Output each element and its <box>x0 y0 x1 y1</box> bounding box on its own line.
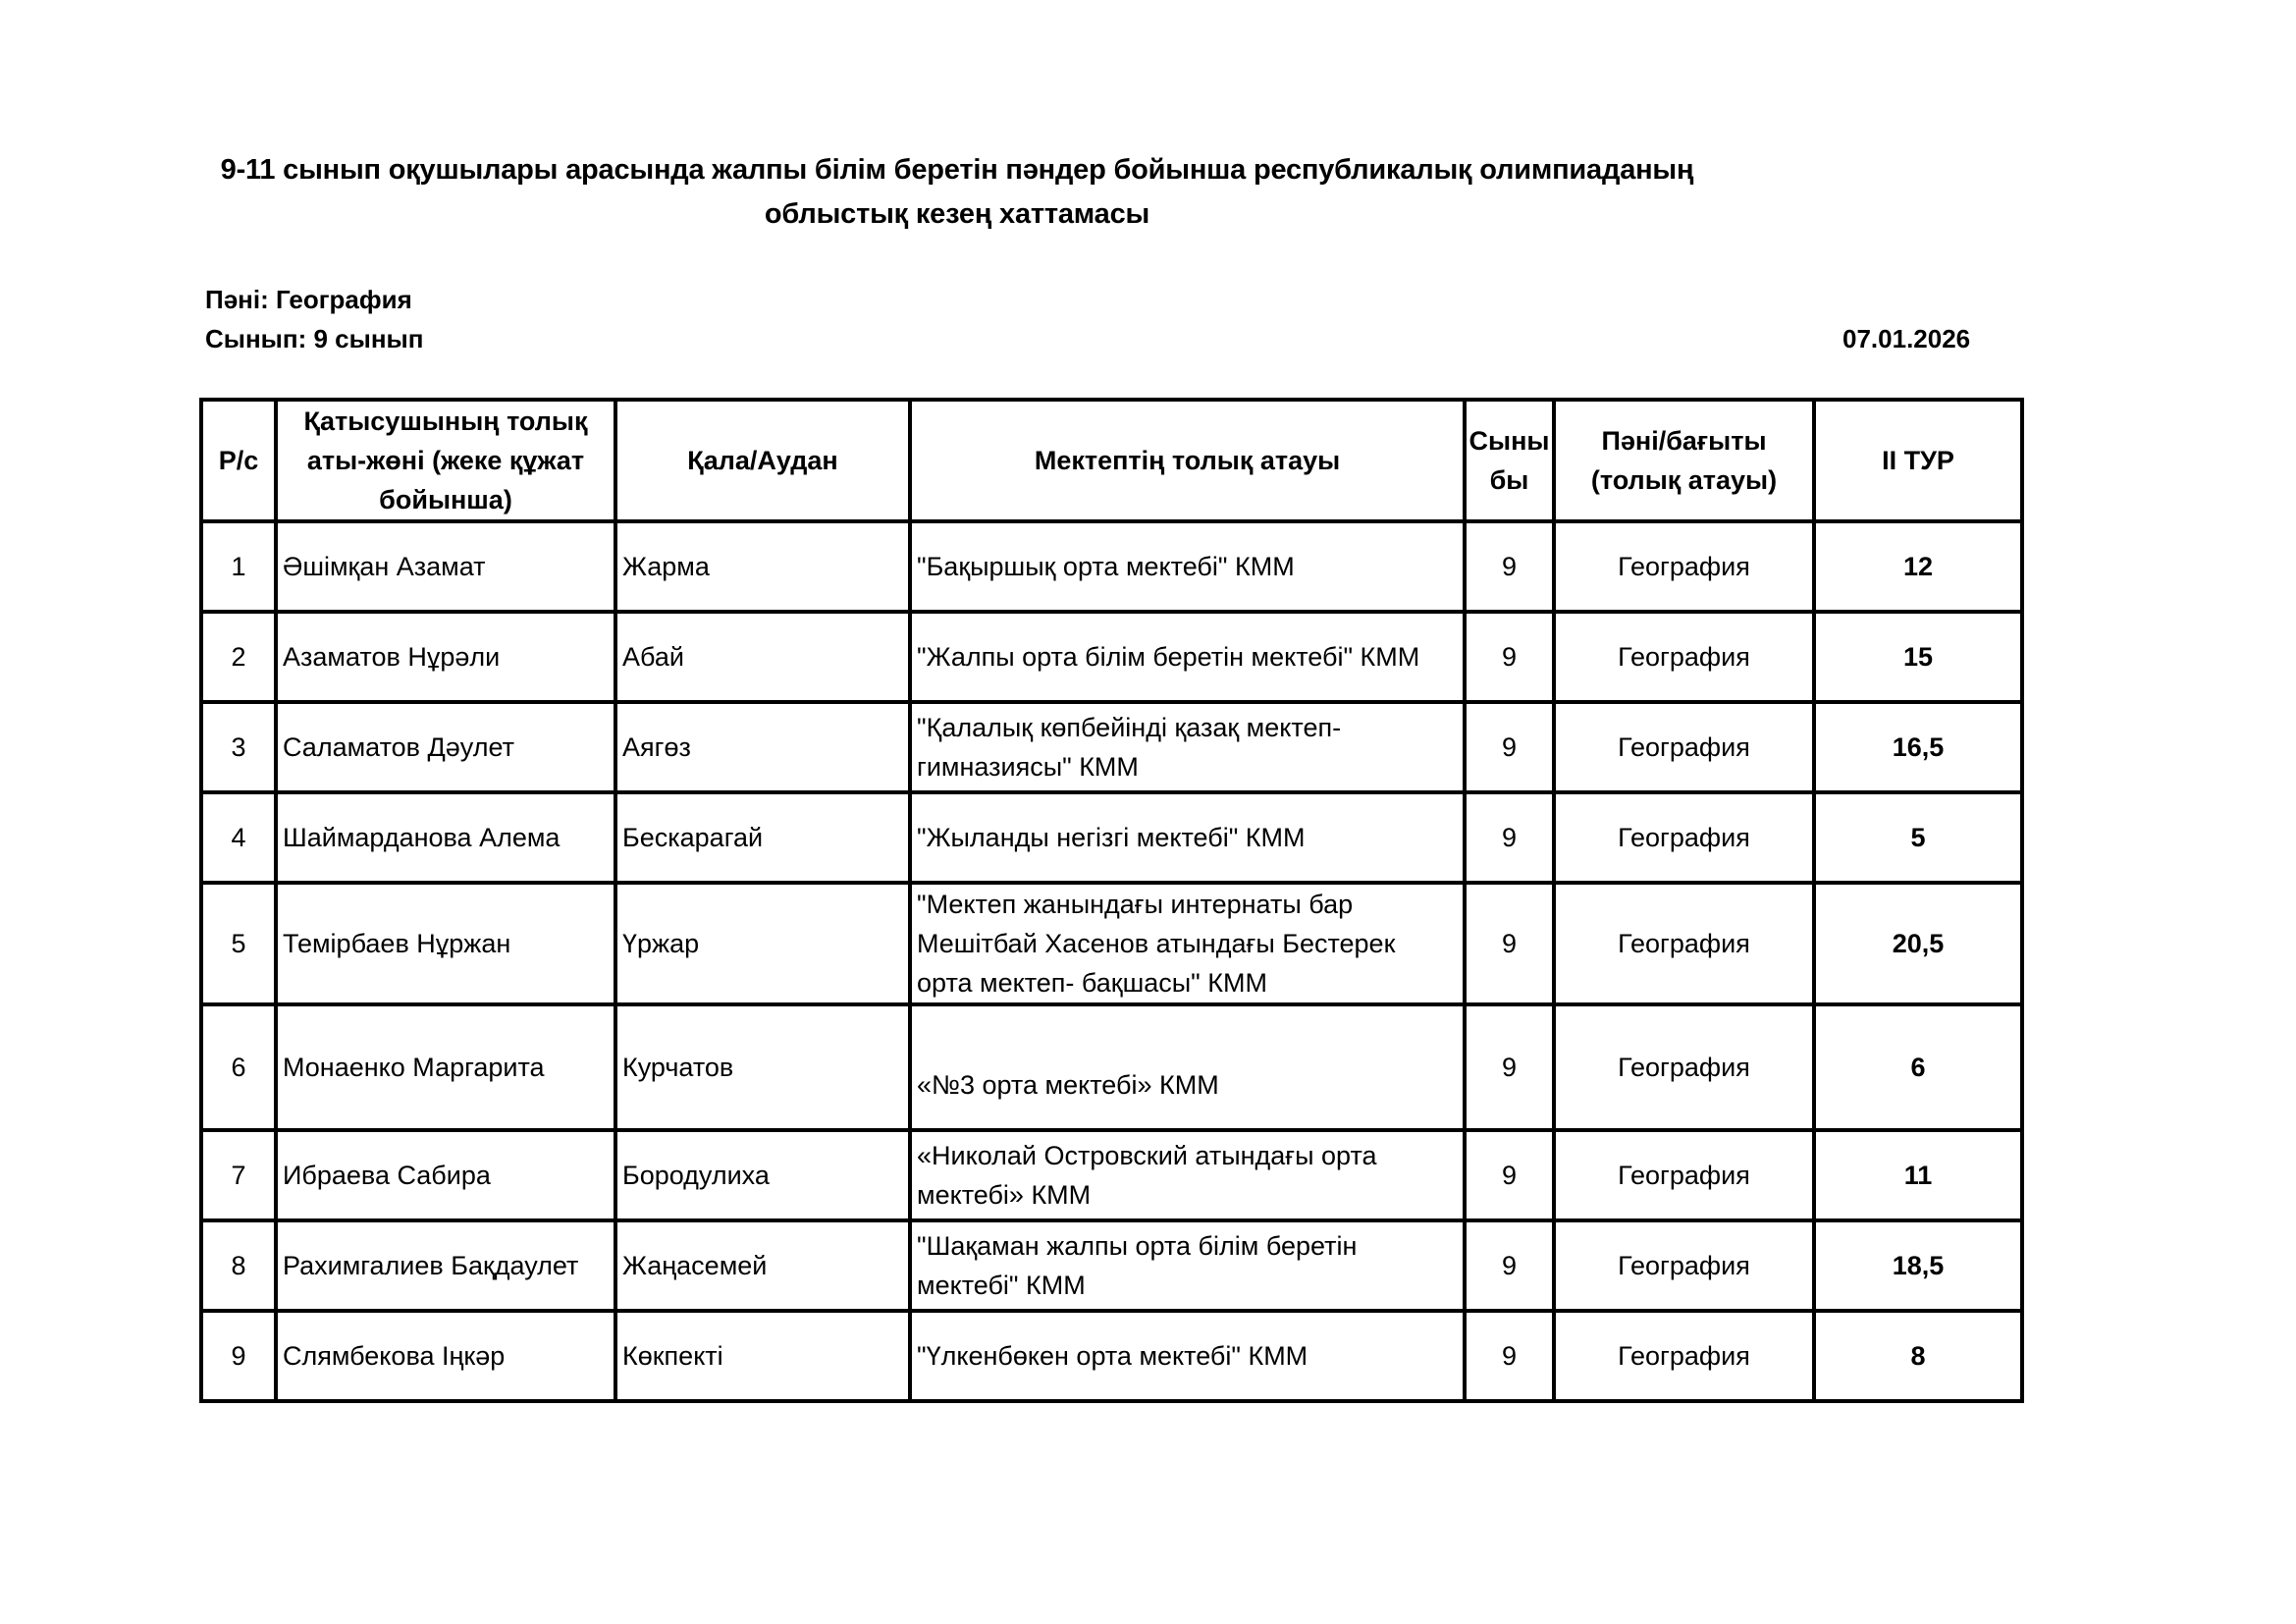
document-title-line-2: облыстық кезең хаттамасы <box>142 198 1772 231</box>
round-2-score: 8 <box>1814 1311 2022 1401</box>
grade: 9 <box>1465 1130 1554 1220</box>
grade: 9 <box>1465 521 1554 612</box>
round-2-score: 11 <box>1814 1130 2022 1220</box>
document-date: 07.01.2026 <box>1842 324 1970 354</box>
row-number: 1 <box>201 521 276 612</box>
round-2-score: 12 <box>1814 521 2022 612</box>
header-grade: Сыныбы <box>1465 400 1554 521</box>
table-row: 1 Әшімқан Азамат Жарма "Бақыршық орта ме… <box>201 521 2022 612</box>
participant-name: Темірбаев Нұржан <box>276 883 615 1004</box>
header-district: Қала/Аудан <box>615 400 910 521</box>
school-name: «№3 орта мектебі» КММ <box>910 1004 1465 1130</box>
row-number: 8 <box>201 1220 276 1311</box>
participant-name: Саламатов Дәулет <box>276 702 615 792</box>
table-header-row: Р/с Қатысушының толық аты-жөні (жеке құж… <box>201 400 2022 521</box>
participant-name: Рахимгалиев Бақдаулет <box>276 1220 615 1311</box>
district: Бескарагай <box>615 792 910 883</box>
subject: География <box>1554 792 1814 883</box>
round-2-score: 18,5 <box>1814 1220 2022 1311</box>
participant-name: Әшімқан Азамат <box>276 521 615 612</box>
row-number: 4 <box>201 792 276 883</box>
row-number: 5 <box>201 883 276 1004</box>
subject-line: Пәні: География <box>205 285 412 315</box>
table-row: 2 Азаматов Нұрәли Абай "Жалпы орта білім… <box>201 612 2022 702</box>
header-full-name: Қатысушының толық аты-жөні (жеке құжат б… <box>276 400 615 521</box>
table-row: 8 Рахимгалиев Бақдаулет Жаңасемей "Шақам… <box>201 1220 2022 1311</box>
district: Бородулиха <box>615 1130 910 1220</box>
table-row: 5 Темірбаев Нұржан Үржар "Мектеп жанында… <box>201 883 2022 1004</box>
round-2-score: 15 <box>1814 612 2022 702</box>
row-number: 7 <box>201 1130 276 1220</box>
grade: 9 <box>1465 1004 1554 1130</box>
school-name: "Үлкенбөкен орта мектебі" КММ <box>910 1311 1465 1401</box>
table-row: 4 Шаймарданова Алема Бескарагай "Жыланды… <box>201 792 2022 883</box>
table-row: 3 Саламатов Дәулет Аягөз "Қалалық көпбей… <box>201 702 2022 792</box>
district: Абай <box>615 612 910 702</box>
participant-name: Шаймарданова Алема <box>276 792 615 883</box>
row-number: 3 <box>201 702 276 792</box>
district: Курчатов <box>615 1004 910 1130</box>
school-name: "Шақаман жалпы орта білім беретін мектеб… <box>910 1220 1465 1311</box>
table-row: 7 Ибраева Сабира Бородулиха «Николай Ост… <box>201 1130 2022 1220</box>
subject: География <box>1554 1004 1814 1130</box>
subject: География <box>1554 702 1814 792</box>
school-name: "Мектеп жанындағы интернаты бар Мешітбай… <box>910 883 1465 1004</box>
subject: География <box>1554 1311 1814 1401</box>
row-number: 6 <box>201 1004 276 1130</box>
round-2-score: 5 <box>1814 792 2022 883</box>
subject: География <box>1554 883 1814 1004</box>
row-number: 9 <box>201 1311 276 1401</box>
participant-name: Монаенко Маргарита <box>276 1004 615 1130</box>
subject: География <box>1554 1220 1814 1311</box>
grade-line: Сынып: 9 сынып <box>205 324 423 354</box>
grade: 9 <box>1465 792 1554 883</box>
participant-name: Азаматов Нұрәли <box>276 612 615 702</box>
school-name: «Николай Островский атындағы орта мектеб… <box>910 1130 1465 1220</box>
grade: 9 <box>1465 1311 1554 1401</box>
subject: География <box>1554 612 1814 702</box>
grade: 9 <box>1465 702 1554 792</box>
subject: География <box>1554 1130 1814 1220</box>
header-school: Мектептің толық атауы <box>910 400 1465 521</box>
school-name: "Бақыршық орта мектебі" КММ <box>910 521 1465 612</box>
subject: География <box>1554 521 1814 612</box>
table-row: 6 Монаенко Маргарита Курчатов «№3 орта м… <box>201 1004 2022 1130</box>
school-name: "Жалпы орта білім беретін мектебі" КММ <box>910 612 1465 702</box>
district: Аягөз <box>615 702 910 792</box>
district: Жаңасемей <box>615 1220 910 1311</box>
school-name: "Жыланды негізгі мектебі" КММ <box>910 792 1465 883</box>
grade: 9 <box>1465 612 1554 702</box>
round-2-score: 6 <box>1814 1004 2022 1130</box>
grade: 9 <box>1465 883 1554 1004</box>
table-row: 9 Слямбекова Іңкәр Көкпекті "Үлкенбөкен … <box>201 1311 2022 1401</box>
district: Көкпекті <box>615 1311 910 1401</box>
school-name: "Қалалық көпбейінді қазақ мектеп-гимнази… <box>910 702 1465 792</box>
header-subject: Пәні/бағыты (толық атауы) <box>1554 400 1814 521</box>
results-table: Р/с Қатысушының толық аты-жөні (жеке құж… <box>199 398 2024 1403</box>
document-title-line-1: 9-11 сынып оқушылары арасында жалпы білі… <box>142 154 1772 187</box>
row-number: 2 <box>201 612 276 702</box>
participant-name: Слямбекова Іңкәр <box>276 1311 615 1401</box>
participant-name: Ибраева Сабира <box>276 1130 615 1220</box>
header-round-2: II ТУР <box>1814 400 2022 521</box>
round-2-score: 16,5 <box>1814 702 2022 792</box>
round-2-score: 20,5 <box>1814 883 2022 1004</box>
district: Үржар <box>615 883 910 1004</box>
grade: 9 <box>1465 1220 1554 1311</box>
district: Жарма <box>615 521 910 612</box>
header-number: Р/с <box>201 400 276 521</box>
